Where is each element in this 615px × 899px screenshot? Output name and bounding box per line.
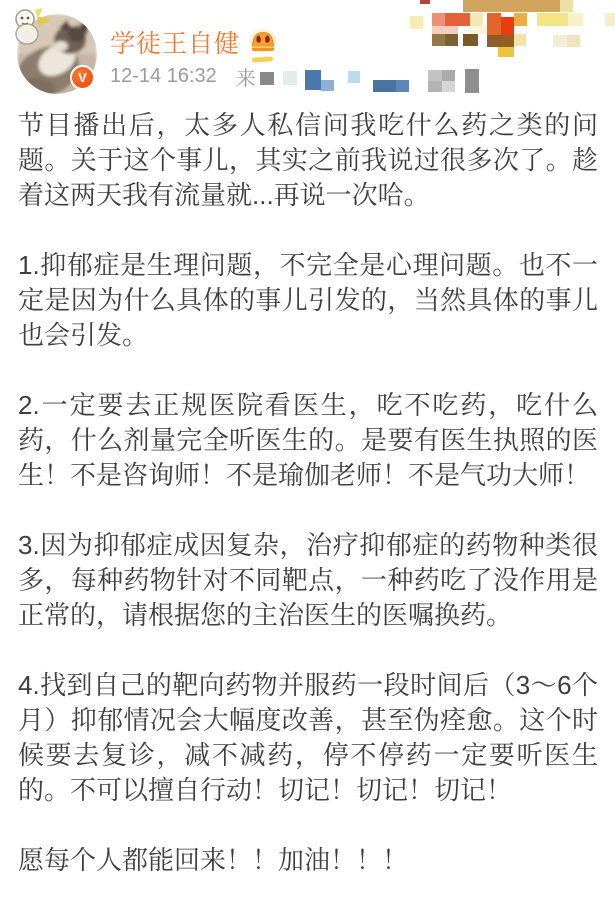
post-paragraph: 3.因为抑郁症成因复杂，治疗抑郁症的药物种类很多，每种药物针对不同靶点，一种药吃… bbox=[18, 528, 598, 633]
username[interactable]: 学徒王自健 bbox=[110, 24, 240, 60]
post-timestamp: 12-14 16:32 bbox=[110, 65, 217, 88]
post-paragraph: 愿每个人都能回来！！加油！！！ bbox=[18, 843, 598, 878]
post-paragraph: 2.一定要去正规医院看医生，吃不吃药，吃什么药，什么剂量完全听医生的。是要有医生… bbox=[18, 388, 598, 493]
post-paragraph: 节目播出后，太多人私信问我吃什么药之类的问题。关于这个事儿，其实之前我说过很多次… bbox=[18, 108, 598, 213]
post-text: 节目播出后，太多人私信问我吃什么药之类的问题。关于这个事儿，其实之前我说过很多次… bbox=[0, 100, 615, 878]
membership-crown-icon[interactable] bbox=[248, 27, 278, 57]
post-source-prefix: 来 bbox=[236, 62, 257, 91]
post-header: V 学徒王自健 12-14 16:32 来 bbox=[0, 0, 615, 100]
post-paragraph: 1.抑郁症是生理问题，不完全是心理问题。也不一定是因为什么具体的事儿引发的，当然… bbox=[18, 248, 598, 353]
cartoon-sticker-icon bbox=[11, 6, 53, 50]
verified-v-badge: V bbox=[70, 65, 95, 90]
avatar[interactable]: V bbox=[17, 14, 99, 96]
weibo-post-screenshot: V 学徒王自健 12-14 16:32 来 节目播出后，太多人私信问我吃什么药之… bbox=[0, 0, 615, 899]
post-paragraph: 4.找到自己的靶向药物并服药一段时间后（3～6个月）抑郁情况会大幅度改善，甚至伪… bbox=[18, 668, 598, 808]
